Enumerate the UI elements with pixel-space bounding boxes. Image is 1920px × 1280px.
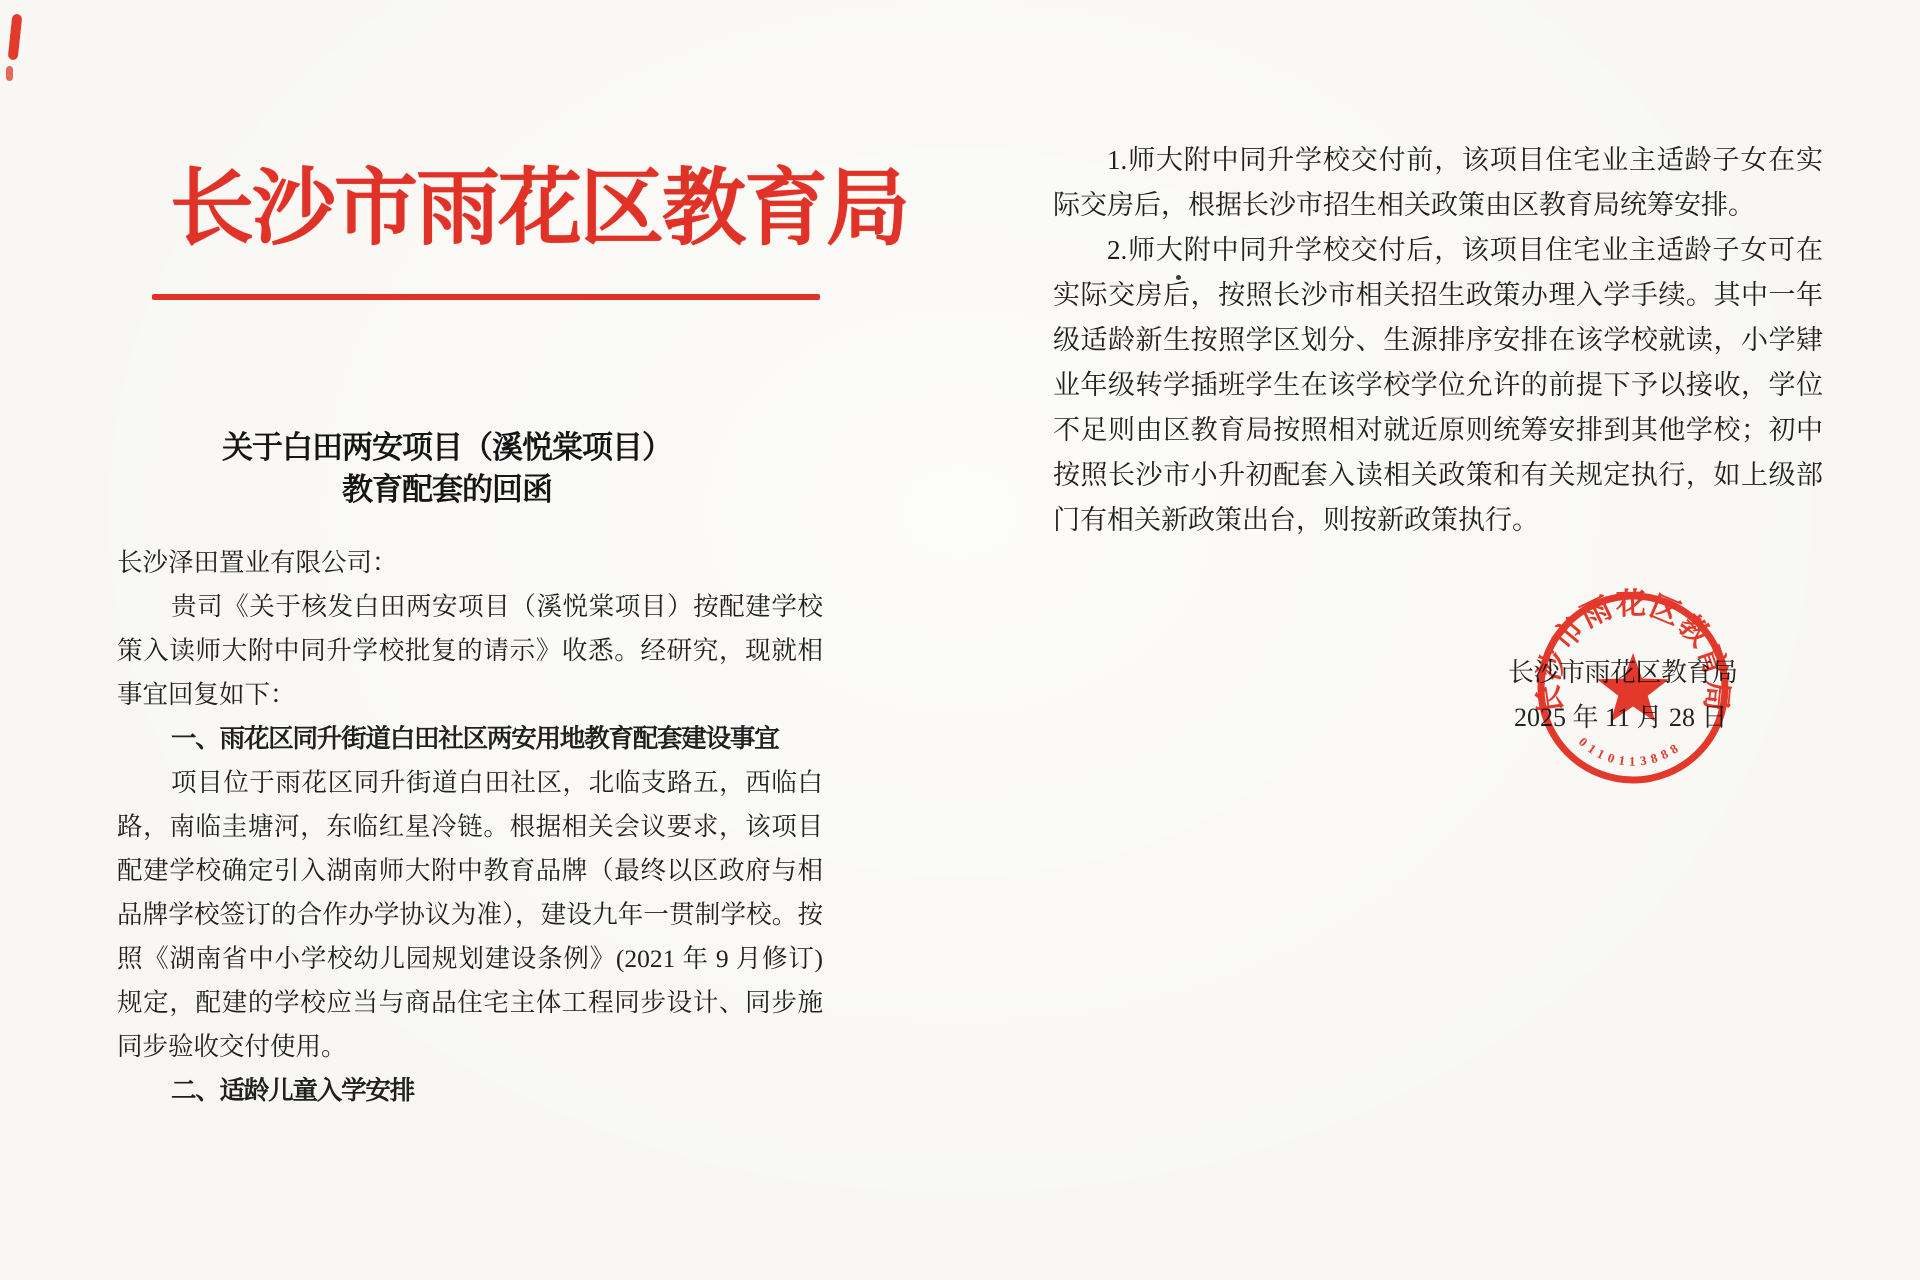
paragraph-line: 际交房后，根据长沙市招生相关政策由区教育局统筹安排。 <box>1053 183 1823 228</box>
seal-code: 0110113888 <box>1576 734 1681 769</box>
paragraph-line: 按照长沙市小升初配套入读相关政策和有关规定执行，如上级部 <box>1053 453 1823 498</box>
official-seal: 长沙市雨花区教育局 0110113888 <box>1503 558 1763 818</box>
paragraph-line: 项目位于雨花区同升街道白田社区，北临支路五，西临白秋 <box>117 761 823 805</box>
section-heading-2: 二、适龄儿童入学安排 <box>117 1069 823 1113</box>
paragraph-line: 1.师大附中同升学校交付前，该项目住宅业主适龄子女在实 <box>1053 138 1823 183</box>
paragraph-line: 业年级转学插班学生在该学校学位允许的前提下予以接收，学位 <box>1053 363 1823 408</box>
right-page-body: 1.师大附中同升学校交付前，该项目住宅业主适龄子女在实 际交房后，根据长沙市招生… <box>1053 138 1823 543</box>
paragraph-line: 不足则由区教育局按照相对就近原则统筹安排到其他学校；初中 <box>1053 408 1823 453</box>
paragraph-line: 级适龄新生按照学区划分、生源排序安排在该学校就读，小学肄 <box>1053 318 1823 363</box>
scanned-letter-page: 长沙市雨花区教育局 关于白田两安项目（溪悦棠项目） 教育配套的回函 长沙泽田置业… <box>0 0 1920 1280</box>
paragraph-line: 规定，配建的学校应当与商品住宅主体工程同步设计、同步施工、 <box>117 981 823 1025</box>
document-title-line1: 关于白田两安项目（溪悦棠项目） <box>117 427 777 469</box>
document-title: 关于白田两安项目（溪悦棠项目） 教育配套的回函 <box>117 427 777 511</box>
paragraph-line: 品牌学校签订的合作办学协议为准），建设九年一贯制学校。按 <box>117 893 823 937</box>
scan-mark <box>8 14 23 61</box>
paragraph-line: 事宜回复如下： <box>117 673 823 717</box>
paragraph-line: 配建学校确定引入湖南师大附中教育品牌（最终以区政府与相关 <box>117 849 823 893</box>
section-heading-1: 一、雨花区同升街道白田社区两安用地教育配套建设事宜 <box>117 717 823 761</box>
paragraph-line: 贵司《关于核发白田两安项目（溪悦棠项目）按配建学校政 <box>117 585 823 629</box>
paragraph-line: 同步验收交付使用。 <box>117 1025 823 1069</box>
document-title-line2: 教育配套的回函 <box>117 469 777 511</box>
letterhead-agency-name: 长沙市雨花区教育局 <box>170 160 908 260</box>
letterhead-divider <box>152 294 820 300</box>
paragraph-line: 2.师大附中同升学校交付后，该项目住宅业主适龄子女可在 <box>1053 228 1823 273</box>
paragraph-line: 路，南临圭塘河，东临红星冷链。根据相关会议要求，该项目的 <box>117 805 823 849</box>
paragraph-line: 策入读师大附中同升学校批复的请示》收悉。经研究，现就相关 <box>117 629 823 673</box>
salutation: 长沙泽田置业有限公司： <box>117 541 823 585</box>
scan-mark <box>6 66 13 81</box>
paragraph-line: 实际交房后，按照长沙市相关招生政策办理入学手续。其中一年 <box>1053 273 1823 318</box>
left-page-body: 长沙泽田置业有限公司： 贵司《关于核发白田两安项目（溪悦棠项目）按配建学校政 策… <box>117 541 823 1113</box>
paragraph-line: 门有相关新政策出台，则按新政策执行。 <box>1053 498 1823 543</box>
seal-star-icon <box>1597 653 1669 722</box>
paragraph-line: 照《湖南省中小学校幼儿园规划建设条例》(2021 年 9 月修订) <box>117 937 823 981</box>
